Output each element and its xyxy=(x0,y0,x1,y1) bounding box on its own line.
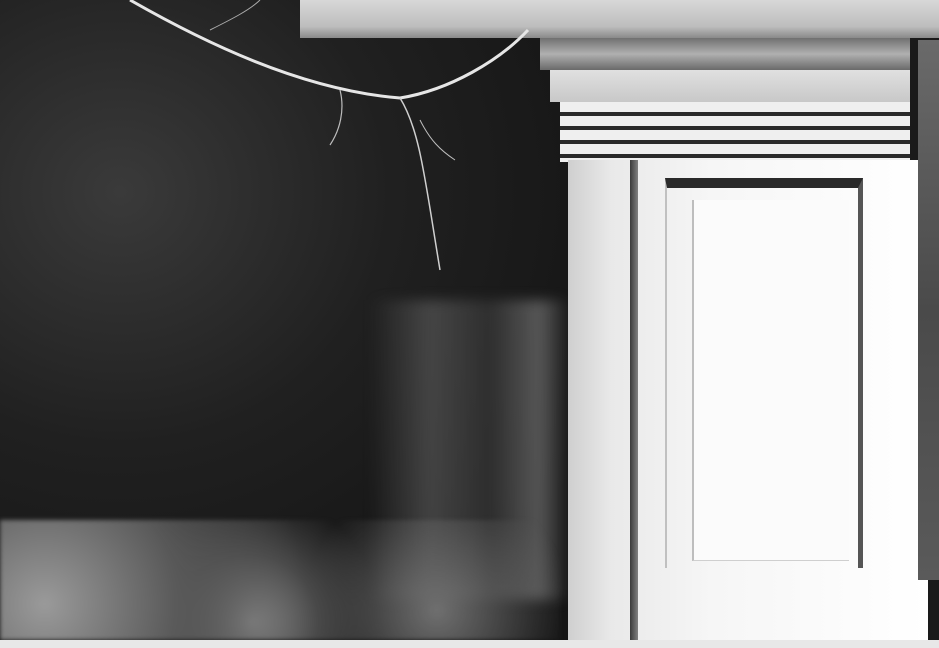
bare-branch xyxy=(0,0,939,648)
print-border xyxy=(0,640,939,648)
photograph xyxy=(0,0,939,648)
